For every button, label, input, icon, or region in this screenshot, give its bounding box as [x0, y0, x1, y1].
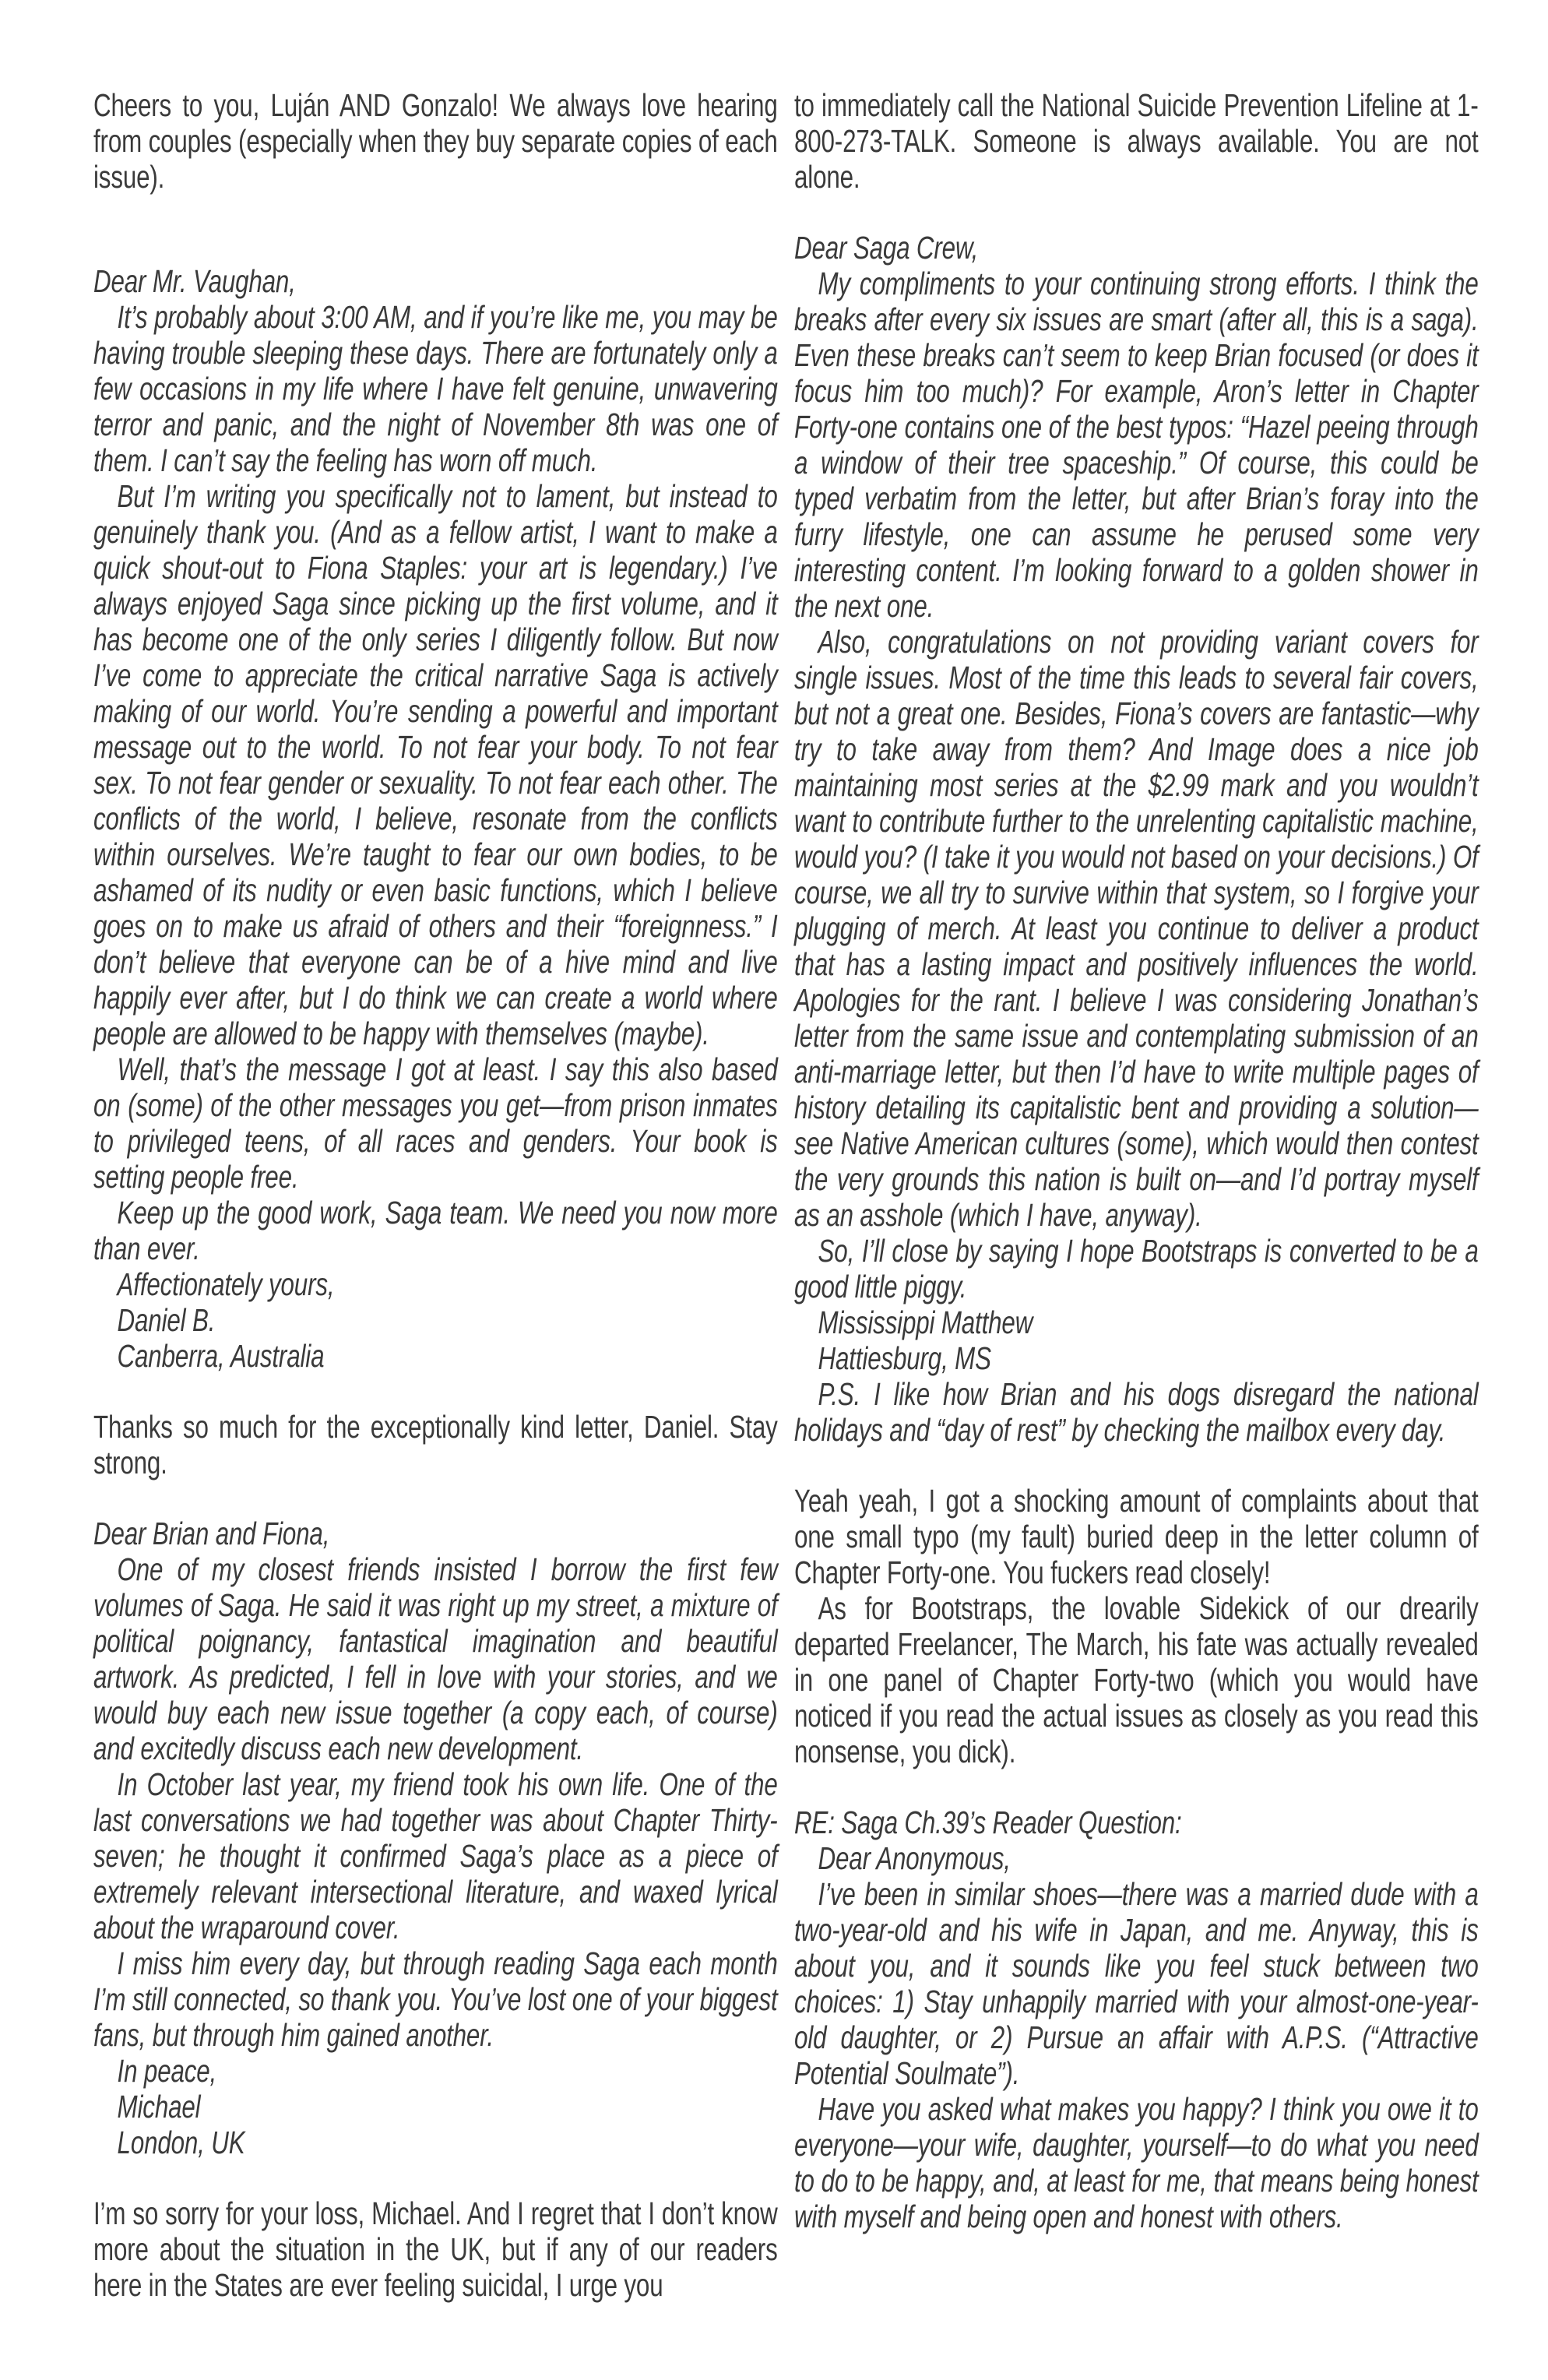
- letters-column-right-text: to immediately call the National Suicide…: [794, 87, 1479, 2234]
- signature-location: London, UK: [93, 2125, 778, 2160]
- letters-column-right: to immediately call the National Suicide…: [794, 87, 1484, 2234]
- editor-response: I’m so sorry for your loss, Michael. And…: [93, 2195, 778, 2303]
- letter-ps: P.S. I like how Brian and his dogs disre…: [794, 1376, 1479, 1448]
- letter-paragraph: Also, congratulations on not providing v…: [794, 624, 1479, 1233]
- signature-name: Daniel B.: [93, 1302, 778, 1338]
- letters-page: Cheers to you, Luján AND Gonzalo! We alw…: [0, 0, 1548, 2380]
- letter-re-heading: RE: Saga Ch.39’s Reader Question:: [794, 1804, 1479, 1840]
- editor-response: Thanks so much for the exceptionally kin…: [93, 1409, 778, 1480]
- response-paragraph: Yeah yeah, I got a shocking amount of co…: [794, 1483, 1479, 1590]
- signature-closing: Affectionately yours,: [93, 1266, 778, 1302]
- letter-salutation: Dear Mr. Vaughan,: [93, 263, 778, 299]
- letters-column-left: Cheers to you, Luján AND Gonzalo! We alw…: [93, 87, 777, 2303]
- response-paragraph: Thanks so much for the exceptionally kin…: [93, 1409, 778, 1480]
- letters-column-left-text: Cheers to you, Luján AND Gonzalo! We alw…: [93, 87, 778, 2303]
- letter-paragraph: In October last year, my friend took his…: [93, 1766, 778, 1945]
- signature-closing: In peace,: [93, 2053, 778, 2089]
- letter-paragraph: One of my closest friends insisted I bor…: [93, 1551, 778, 1766]
- editor-response: to immediately call the National Suicide…: [794, 87, 1479, 195]
- response-paragraph: As for Bootstraps, the lovable Sidekick …: [794, 1590, 1479, 1769]
- signature-location: Canberra, Australia: [93, 1338, 778, 1374]
- reader-letter: Dear Saga Crew, My compliments to your c…: [794, 230, 1479, 1448]
- reader-letter: Dear Mr. Vaughan, It’s probably about 3:…: [93, 263, 778, 1374]
- response-paragraph: I’m so sorry for your loss, Michael. And…: [93, 2195, 778, 2303]
- signature-name: Michael: [93, 2089, 778, 2125]
- letter-paragraph: I’ve been in similar shoes—there was a m…: [794, 1876, 1479, 2091]
- letter-paragraph: So, I’ll close by saying I hope Bootstra…: [794, 1233, 1479, 1304]
- letter-paragraph: Have you asked what makes you happy? I t…: [794, 2091, 1479, 2234]
- letter-paragraph: My compliments to your continuing strong…: [794, 266, 1479, 624]
- letter-paragraph: It’s probably about 3:00 AM, and if you’…: [93, 299, 778, 478]
- signature-name: Mississippi Matthew: [794, 1304, 1479, 1340]
- signature-location: Hattiesburg, MS: [794, 1340, 1479, 1376]
- reader-letter: Dear Brian and Fiona, One of my closest …: [93, 1516, 778, 2160]
- response-paragraph: Cheers to you, Luján AND Gonzalo! We alw…: [93, 87, 778, 195]
- letter-salutation: Dear Saga Crew,: [794, 230, 1479, 266]
- editor-response: Cheers to you, Luján AND Gonzalo! We alw…: [93, 87, 778, 195]
- letter-paragraph: Well, that’s the message I got at least.…: [93, 1051, 778, 1195]
- letter-salutation: Dear Brian and Fiona,: [93, 1516, 778, 1551]
- letter-paragraph: I miss him every day, but through readin…: [93, 1945, 778, 2053]
- letter-paragraph: But I’m writing you specifically not to …: [93, 478, 778, 1051]
- response-paragraph: to immediately call the National Suicide…: [794, 87, 1479, 195]
- reader-letter: RE: Saga Ch.39’s Reader Question: Dear A…: [794, 1804, 1479, 2234]
- editor-response: Yeah yeah, I got a shocking amount of co…: [794, 1483, 1479, 1769]
- letter-paragraph: Keep up the good work, Saga team. We nee…: [93, 1195, 778, 1266]
- letter-salutation: Dear Anonymous,: [794, 1840, 1479, 1876]
